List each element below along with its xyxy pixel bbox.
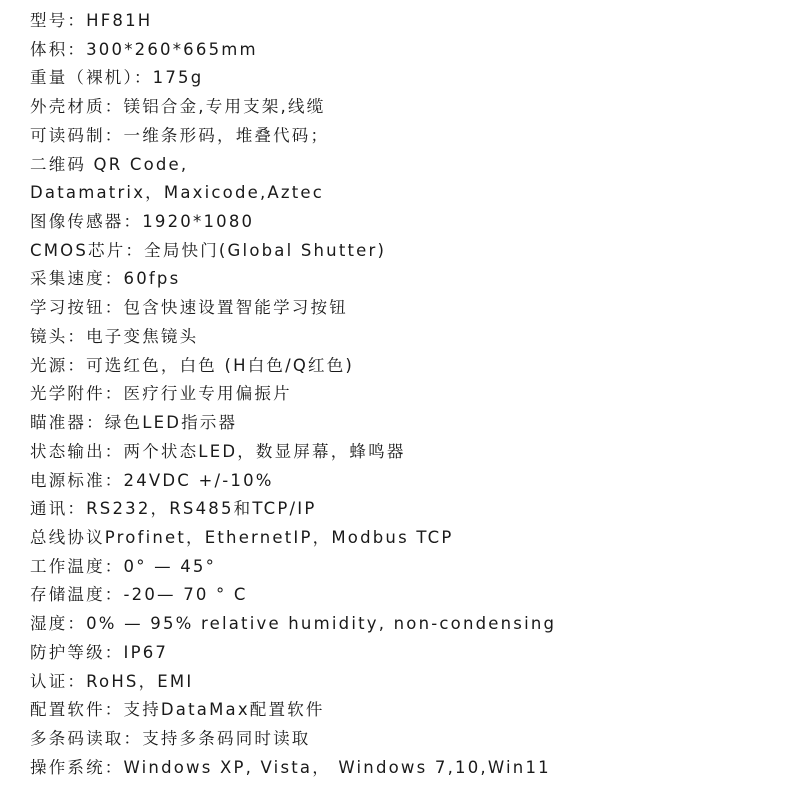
- spec-line-lens: 镜头：电子变焦镜头: [30, 323, 790, 352]
- spec-line-2d-codes-cont: Datamatrix，Maxicode,Aztec: [30, 179, 790, 208]
- spec-line-housing-material: 外壳材质：镁铝合金,专用支架,线缆: [30, 93, 790, 122]
- spec-line-operating-temp: 工作温度：0° — 45°: [30, 553, 790, 582]
- spec-line-cmos-chip: CMOS芯片：全局快门(Global Shutter): [30, 237, 790, 266]
- spec-line-image-sensor: 图像传感器：1920*1080: [30, 208, 790, 237]
- spec-line-readable-codes: 可读码制：一维条形码，堆叠代码；: [30, 122, 790, 151]
- spec-line-bus-protocol: 总线协议Profinet，EthernetIP，Modbus TCP: [30, 524, 790, 553]
- spec-line-storage-temp: 存储温度：-20— 70 ° C: [30, 581, 790, 610]
- spec-line-status-output: 状态输出：两个状态LED，数显屏幕，蜂鸣器: [30, 438, 790, 467]
- spec-line-model: 型号：HF81H: [30, 7, 790, 36]
- spec-line-optical-accessory: 光学附件：医疗行业专用偏振片: [30, 380, 790, 409]
- spec-line-ip-rating: 防护等级：IP67: [30, 639, 790, 668]
- spec-line-certification: 认证：RoHS，EMI: [30, 668, 790, 697]
- spec-line-aimer: 瞄准器：绿色LED指示器: [30, 409, 790, 438]
- spec-line-capture-speed: 采集速度：60fps: [30, 265, 790, 294]
- product-spec-sheet: 型号：HF81H 体积：300*260*665mm 重量（裸机）：175g 外壳…: [0, 0, 800, 800]
- spec-line-os: 操作系统：Windows XP, Vista， Windows 7,10,Win…: [30, 754, 790, 783]
- spec-line-weight: 重量（裸机）：175g: [30, 64, 790, 93]
- spec-line-multicode-read: 多条码读取：支持多条码同时读取: [30, 725, 790, 754]
- spec-line-communication: 通讯：RS232，RS485和TCP/IP: [30, 495, 790, 524]
- spec-line-humidity: 湿度：0% — 95% relative humidity, non-conde…: [30, 610, 790, 639]
- spec-line-volume: 体积：300*260*665mm: [30, 36, 790, 65]
- spec-line-power-standard: 电源标准：24VDC +/-10%: [30, 467, 790, 496]
- spec-line-config-software: 配置软件：支持DataMax配置软件: [30, 696, 790, 725]
- spec-line-2d-codes: 二维码 QR Code,: [30, 151, 790, 180]
- spec-line-learn-button: 学习按钮：包含快速设置智能学习按钮: [30, 294, 790, 323]
- spec-line-light-source: 光源：可选红色，白色 (H白色/Q红色): [30, 352, 790, 381]
